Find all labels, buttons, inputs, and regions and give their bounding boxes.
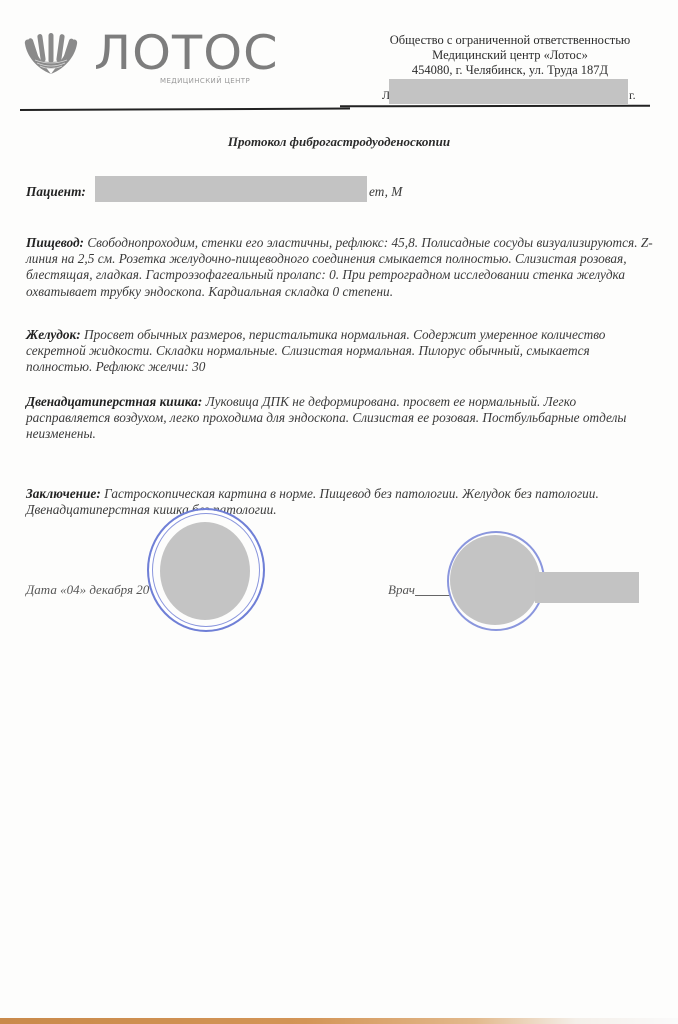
redacted-contact-info bbox=[389, 79, 628, 104]
redacted-stamp-center bbox=[160, 522, 250, 620]
section-text: Просвет обычных размеров, перистальтика … bbox=[26, 327, 605, 374]
section-text: Гастроскопическая картина в норме. Пищев… bbox=[26, 486, 599, 517]
org-line-3: 454080, г. Челябинск, ул. Труда 187Д bbox=[380, 63, 640, 78]
redacted-patient-name bbox=[95, 176, 367, 202]
section-label: Желудок: bbox=[26, 327, 81, 342]
header-divider bbox=[20, 108, 350, 111]
section-text: Свободнопроходим, стенки его эластичны, … bbox=[26, 235, 653, 299]
org-line-1: Общество с ограниченной ответственностью bbox=[380, 33, 640, 48]
document-title: Протокол фиброгастродуоденоскопии bbox=[0, 134, 678, 150]
document-page: ЛОТОС МЕДИЦИНСКИЙ ЦЕНТР Общество с огран… bbox=[0, 0, 678, 1024]
organization-info: Общество с ограниченной ответственностью… bbox=[380, 33, 640, 78]
patient-info-tail: ет, М bbox=[369, 184, 402, 200]
redacted-doctor-name bbox=[535, 572, 639, 603]
desk-surface-edge bbox=[0, 1018, 678, 1024]
lotus-shell-icon bbox=[22, 32, 80, 76]
redacted-doctor-stamp bbox=[450, 535, 540, 625]
section-label: Двенадцатиперстная кишка: bbox=[26, 394, 202, 409]
org-line-2: Медицинский центр «Лотос» bbox=[380, 48, 640, 63]
patient-label: Пациент: bbox=[26, 184, 86, 199]
signature-line bbox=[415, 595, 450, 596]
section-stomach: Желудок: Просвет обычных размеров, перис… bbox=[26, 327, 656, 376]
org-line-5-end: г. bbox=[629, 88, 636, 103]
section-label: Заключение: bbox=[26, 486, 101, 501]
logo-wordmark: ЛОТОС bbox=[94, 30, 279, 78]
section-esophagus: Пищевод: Свободнопроходим, стенки его эл… bbox=[26, 235, 656, 300]
section-duodenum: Двенадцатиперстная кишка: Луковица ДПК н… bbox=[26, 394, 656, 443]
header-divider bbox=[340, 105, 650, 108]
logo-subtitle: МЕДИЦИНСКИЙ ЦЕНТР bbox=[160, 77, 250, 85]
section-label: Пищевод: bbox=[26, 235, 84, 250]
doctor-label: Врач bbox=[388, 582, 415, 598]
date-line: Дата «04» декабря 20 bbox=[26, 582, 149, 598]
section-conclusion: Заключение: Гастроскопическая картина в … bbox=[26, 486, 656, 518]
